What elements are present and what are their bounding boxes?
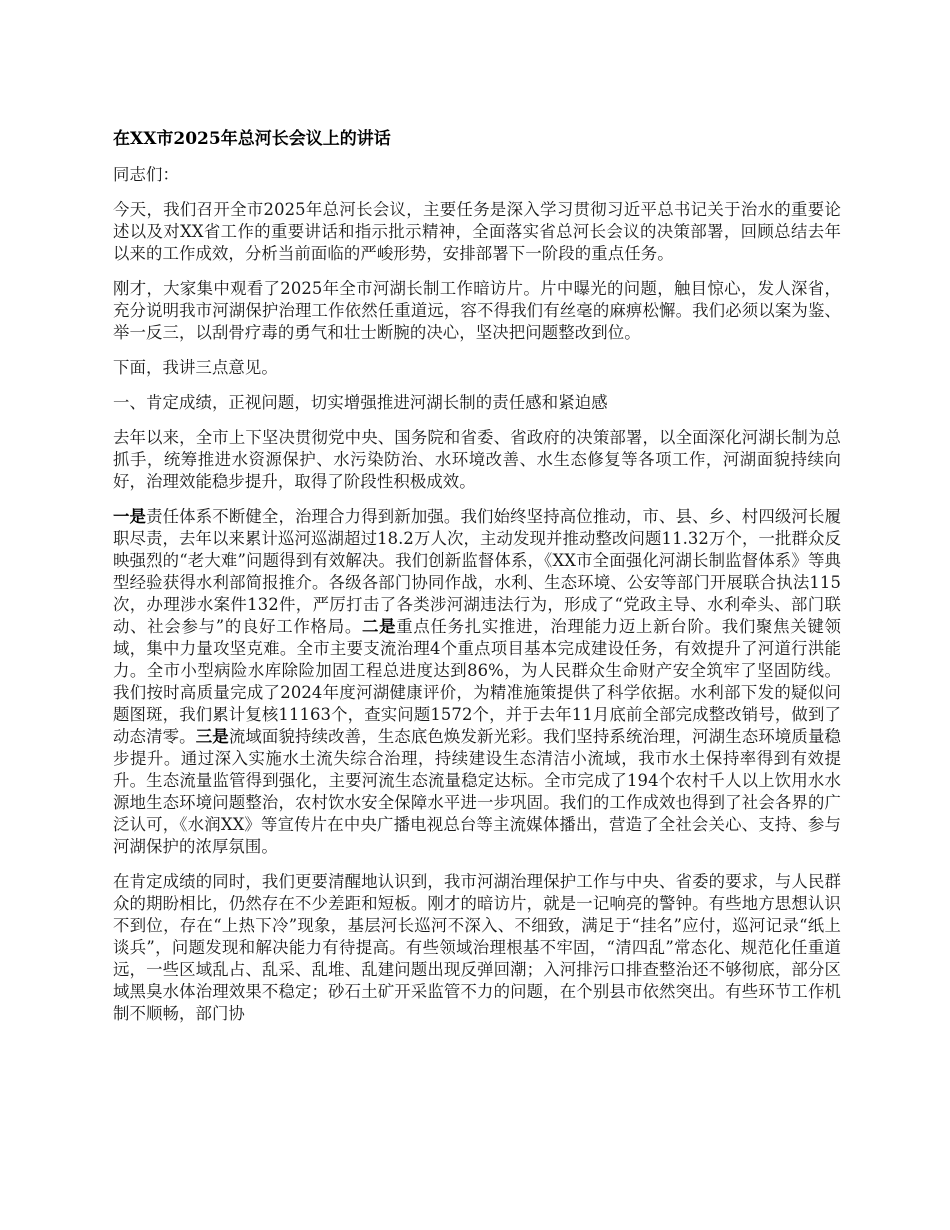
paragraph-video-review: 刚才，大家集中观看了2025年全市河湖长制工作暗访片。片中曝光的问题，触目惊心，… <box>113 278 841 344</box>
lead-label-2: 二是 <box>362 617 396 636</box>
document-title: 在XX市2025年总河长会议上的讲话 <box>113 128 841 150</box>
paragraph-achievements-detail: 一是责任体系不断健全，治理合力得到新加强。我们始终坚持高位推动，市、县、乡、村四… <box>113 506 841 858</box>
paragraph-problems: 在肯定成绩的同时，我们更要清醒地认识到，我市河湖治理保护工作与中央、省委的要求，… <box>113 871 841 1025</box>
paragraph-opening: 今天，我们召开全市2025年总河长会议，主要任务是深入学习贯彻习近平总书记关于治… <box>113 199 841 265</box>
achievement-text-3: 流域面貌持续改善，生态底色焕发新光彩。我们坚持系统治理，河湖生态环境质量稳步提升… <box>113 727 841 856</box>
document-page: 在XX市2025年总河长会议上的讲话 同志们： 今天，我们召开全市2025年总河… <box>113 128 841 1038</box>
lead-label-3: 三是 <box>196 727 229 746</box>
lead-label-1: 一是 <box>113 507 146 526</box>
paragraph-achievements-intro: 去年以来，全市上下坚决贯彻党中央、国务院和省委、省政府的决策部署，以全面深化河湖… <box>113 427 841 493</box>
section-heading-1: 一、肯定成绩，正视问题，切实增强推进河湖长制的责任感和紧迫感 <box>113 392 841 414</box>
salutation: 同志们： <box>113 164 841 186</box>
paragraph-three-points: 下面，我讲三点意见。 <box>113 357 841 379</box>
